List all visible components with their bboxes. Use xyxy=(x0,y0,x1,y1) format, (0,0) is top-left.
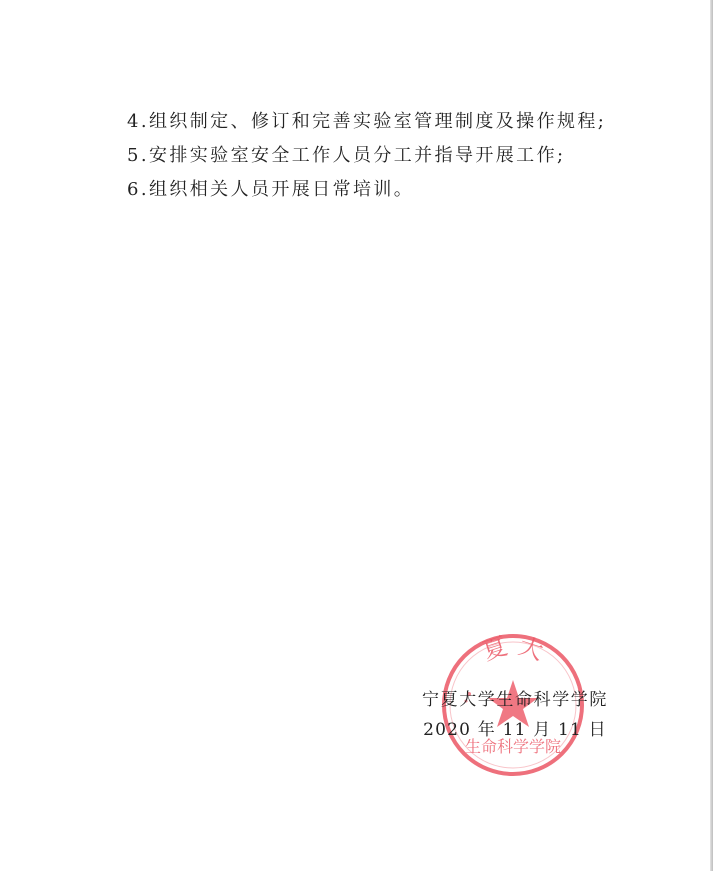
organization-name: 宁夏大学生命科学学院 xyxy=(400,685,630,715)
document-page: 4.组织制定、修订和完善实验室管理制度及操作规程; 5.安排实验室安全工作人员分… xyxy=(0,0,710,871)
item-number: 6. xyxy=(127,179,149,200)
item-text: 安排实验室安全工作人员分工并指导开展工作; xyxy=(149,145,565,166)
svg-text:夏 大: 夏 大 xyxy=(479,632,546,666)
list-item-6: 6.组织相关人员开展日常培训。 xyxy=(127,173,607,207)
signature-block: 宁夏大学生命科学学院 2020 年 11 月 11 日 xyxy=(400,685,630,745)
item-number: 5. xyxy=(127,145,149,166)
item-text: 组织相关人员开展日常培训。 xyxy=(149,179,414,200)
list-item-4: 4.组织制定、修订和完善实验室管理制度及操作规程; xyxy=(127,105,607,139)
document-body: 4.组织制定、修订和完善实验室管理制度及操作规程; 5.安排实验室安全工作人员分… xyxy=(127,105,607,207)
item-text: 组织制定、修订和完善实验室管理制度及操作规程; xyxy=(149,111,606,132)
list-item-5: 5.安排实验室安全工作人员分工并指导开展工作; xyxy=(127,139,607,173)
item-number: 4. xyxy=(127,111,149,132)
signature-date: 2020 年 11 月 11 日 xyxy=(400,715,630,745)
